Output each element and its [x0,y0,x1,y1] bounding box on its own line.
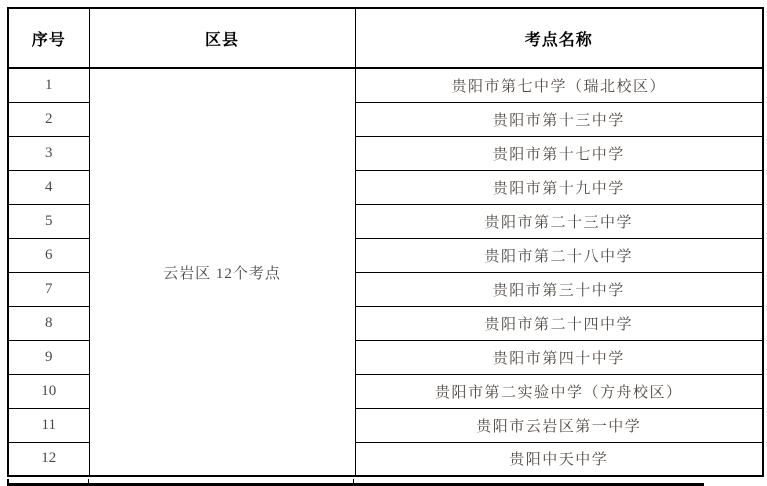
row-number: 6 [8,238,89,272]
row-number: 1 [8,68,89,102]
row-number: 3 [8,136,89,170]
site-name: 贵阳市第二实验中学（方舟校区） [355,374,763,408]
site-name: 贵阳市第十九中学 [355,170,763,204]
site-name: 贵阳中天中学 [355,442,763,476]
district-merged-cell: 云岩区 12个考点 [89,68,355,476]
site-name: 贵阳市第七中学（瑞北校区） [355,68,763,102]
col-header-serial-number: 序号 [8,8,89,68]
site-name: 贵阳市第二十三中学 [355,204,763,238]
col-header-district: 区县 [89,8,355,68]
table-row: 1云岩区 12个考点贵阳市第七中学（瑞北校区） [8,68,763,102]
row-number: 9 [8,340,89,374]
site-name: 贵阳市第二十四中学 [355,306,763,340]
site-name: 贵阳市第十七中学 [355,136,763,170]
site-name: 贵阳市第二十八中学 [355,238,763,272]
row-number: 11 [8,408,89,442]
row-number: 8 [8,306,89,340]
row-number: 12 [8,442,89,476]
header-row: 序号 区县 考点名称 [8,8,763,68]
col-header-site-name: 考点名称 [355,8,763,68]
exam-sites-table: 序号 区县 考点名称 1云岩区 12个考点贵阳市第七中学（瑞北校区）2贵阳市第十… [7,7,764,477]
site-name: 贵阳市第十三中学 [355,102,763,136]
row-number: 5 [8,204,89,238]
site-name: 贵阳市云岩区第一中学 [355,408,763,442]
document-page: 序号 区县 考点名称 1云岩区 12个考点贵阳市第七中学（瑞北校区）2贵阳市第十… [0,0,767,486]
row-number: 7 [8,272,89,306]
site-name: 贵阳市第四十中学 [355,340,763,374]
row-number: 2 [8,102,89,136]
row-number: 10 [8,374,89,408]
row-number: 4 [8,170,89,204]
site-name: 贵阳市第三十中学 [355,272,763,306]
